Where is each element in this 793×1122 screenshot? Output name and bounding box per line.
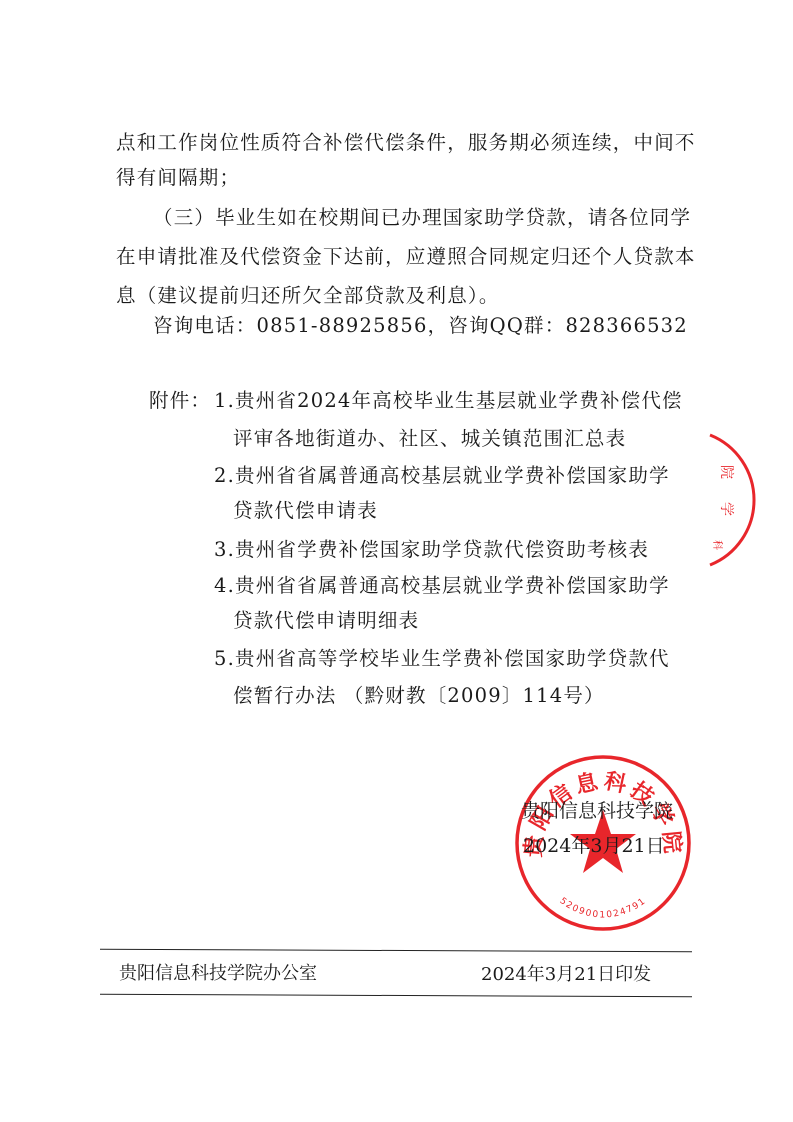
footer-top-rule [100,949,692,953]
body-line-5: 息（建议提前归还所欠全部贷款及利息）。 [116,283,500,309]
document-page: 点和工作岗位性质符合补偿代偿条件，服务期必须连续，中间不 得有间隔期； （三）毕… [0,0,793,1122]
svg-text:科: 科 [711,540,724,550]
attachment-title: 贵州省省属普通高校基层就业学费补偿国家助学 [235,464,670,487]
attachments-label: 附件： [149,388,211,414]
attachment-item-1-cont: 评审各地街道办、社区、城关镇范围汇总表 [233,426,626,452]
attachment-title: 贵州省学费补偿国家助学贷款代偿资助考核表 [235,538,649,561]
partial-seal-icon: 院 学 科 [700,430,760,570]
attachment-number: 1. [214,389,235,412]
attachment-item-4-cont: 贷款代偿申请明细表 [233,608,419,634]
attachment-number: 5. [214,647,235,670]
contact-info: 咨询电话：0851-88925856，咨询QQ群：828366532 [153,313,688,339]
signature-date: 2024年3月21日 [523,834,665,858]
svg-text:5209001024791: 5209001024791 [558,896,649,920]
footer-issue-date: 2024年3月21日印发 [481,963,651,987]
attachment-number: 3. [214,538,235,561]
attachment-title: 贵州省高等学校毕业生学费补偿国家助学贷款代 [235,647,670,670]
attachment-item-5: 5.贵州省高等学校毕业生学费补偿国家助学贷款代 [214,646,670,672]
body-line-3: （三）毕业生如在校期间已办理国家助学贷款，请各位同学 [153,205,691,231]
attachment-item-4: 4.贵州省省属普通高校基层就业学费补偿国家助学 [214,573,670,599]
footer-issuer: 贵阳信息科技学院办公室 [119,962,317,986]
svg-text:学: 学 [718,502,734,516]
attachment-item-5-cont: 偿暂行办法 （黔财教〔2009〕114号） [233,683,605,709]
attachment-item-2-cont: 贷款代偿申请表 [233,498,378,524]
attachment-item-1: 1.贵州省2024年高校毕业生基层就业学费补偿代偿 [214,388,683,414]
body-line-4: 在申请批准及代偿资金下达前，应遵照合同规定归还个人贷款本 [116,244,696,270]
attachment-item-2: 2.贵州省省属普通高校基层就业学费补偿国家助学 [214,463,670,489]
body-line-1: 点和工作岗位性质符合补偿代偿条件，服务期必须连续，中间不 [116,130,696,156]
attachment-number: 2. [214,464,235,487]
attachment-title: 贵州省省属普通高校基层就业学费补偿国家助学 [235,574,670,597]
attachment-item-3: 3.贵州省学费补偿国家助学贷款代偿资助考核表 [214,537,649,563]
body-line-2: 得有间隔期； [116,165,240,191]
attachment-title: 贵州省2024年高校毕业生基层就业学费补偿代偿 [235,389,683,412]
signature-org: 贵阳信息科技学院 [521,799,673,823]
footer-bottom-rule [100,994,692,998]
svg-text:院: 院 [718,465,734,479]
attachment-number: 4. [214,574,235,597]
